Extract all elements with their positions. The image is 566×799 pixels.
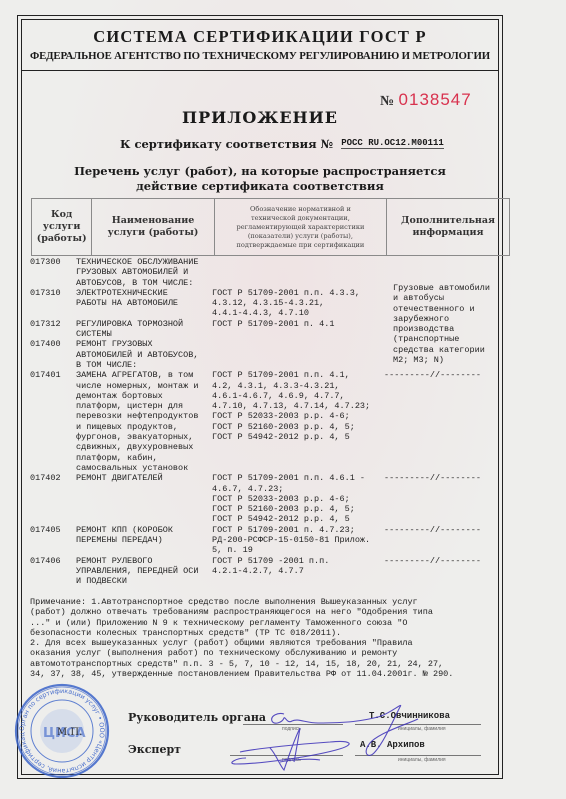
- note-line: 2. Для всех вышеуказанных услуг (работ) …: [30, 638, 500, 648]
- column-header-code: Кодуслуги(работы): [32, 199, 92, 256]
- service-code: 017402: [30, 473, 76, 524]
- list-title-line-2: действие сертификата соответствия: [22, 179, 498, 194]
- note-line: безопасности колесных транспортных средс…: [30, 628, 500, 638]
- notes: Примечание: 1.Автотранспортное средство …: [30, 597, 500, 679]
- service-name: РЕГУЛИРОВКА ТОРМОЗНОЙСИСТЕМЫ: [76, 319, 212, 340]
- column-header-line: Обозначение нормативной и: [217, 205, 384, 214]
- column-header-line: технической документации,: [217, 214, 384, 223]
- certificate-reference-label: К сертификату соответствия №: [120, 137, 333, 151]
- agency-name: ФЕДЕРАЛЬНОЕ АГЕНТСТВО ПО ТЕХНИЧЕСКОМУ РЕ…: [22, 50, 498, 62]
- note-line: Примечание: 1.Автотранспортное средство …: [30, 597, 500, 607]
- list-title-line-1: Перечень услуг (работ), на которые распр…: [22, 164, 498, 179]
- column-header-line: информация: [389, 227, 507, 239]
- service-name: РЕМОНТ ДВИГАТЕЛЕЙ: [76, 473, 212, 524]
- service-name: РЕМОНТ ГРУЗОВЫХАВТОМОБИЛЕЙ И АВТОБУСОВ,В…: [76, 339, 212, 370]
- service-name: ЭЛЕКТРОТЕХНИЧЕСКИЕРАБОТЫ НА АВТОМОБИЛЕ: [76, 288, 212, 319]
- stamp-place-label: М.П.: [57, 727, 82, 738]
- service-code: 017405: [30, 525, 76, 556]
- note-line: 34, 37, 38, 45, утвержденные постановлен…: [30, 669, 500, 679]
- table-row: 017401 ЗАМЕНА АГРЕГАТОВ, в томчисле номе…: [30, 370, 500, 473]
- service-info: ---------//--------: [384, 525, 502, 556]
- table-row: 017406 РЕМОНТ РУЛЕВОГОУПРАВЛЕНИЯ, ПЕРЕДН…: [30, 556, 500, 587]
- column-header-line: подтверждаемые при сертификации: [217, 241, 384, 250]
- header-divider: [22, 70, 498, 71]
- column-header-line: услуги (работы): [94, 227, 211, 239]
- column-header-info: Дополнительнаяинформация: [387, 199, 510, 256]
- column-header-line: Наименование: [94, 215, 211, 227]
- column-header-norms: Обозначение нормативной итехнической док…: [214, 199, 386, 256]
- shared-info-line: средства категории: [393, 345, 490, 355]
- certificate-number: РОСС RU.ОС12.М00111: [341, 138, 444, 149]
- list-title: Перечень услуг (работ), на которые распр…: [22, 164, 498, 194]
- form-number: № 0138547: [380, 90, 472, 110]
- certificate-reference: К сертификату соответствия № РОСС RU.ОС1…: [120, 137, 444, 152]
- table-row: 017405 РЕМОНТ КПП (КОРОБОКПЕРЕМЕНЫ ПЕРЕД…: [30, 525, 500, 556]
- service-code: 017400: [30, 339, 76, 370]
- service-code: 017310: [30, 288, 76, 319]
- note-line: автомототранспортных средств" п.п. 3 - 5…: [30, 659, 500, 669]
- service-name: ЗАМЕНА АГРЕГАТОВ, в томчисле номерных, м…: [76, 370, 212, 473]
- service-code: 017406: [30, 556, 76, 587]
- column-header-line: (работы): [34, 233, 89, 245]
- appendix-title: ПРИЛОЖЕНИЕ: [22, 108, 498, 127]
- note-line: (работ) должно отвечать требованиям расп…: [30, 607, 500, 617]
- service-info: ---------//--------: [384, 370, 502, 473]
- service-norms: ГОСТ Р 51709-2001 п.п. 4.3.3,4.3.12, 4.3…: [212, 288, 384, 319]
- system-title: СИСТЕМА СЕРТИФИКАЦИИ ГОСТ Р: [22, 27, 498, 47]
- form-number-value: 0138547: [399, 90, 472, 109]
- service-norms: [212, 257, 384, 288]
- column-header-line: Дополнительная: [389, 215, 507, 227]
- shared-info-line: отечественного и: [393, 304, 490, 314]
- column-header-line: (показатели) услуги (работы),: [217, 232, 384, 241]
- note-line: оказания услуг (выполнения работ) по тех…: [30, 648, 500, 658]
- shared-info-line: производства: [393, 324, 490, 334]
- service-code: 017312: [30, 319, 76, 340]
- service-norms: ГОСТ Р 51709 -2001 п.п.4.2.1-4.2.7, 4.7.…: [212, 556, 384, 587]
- service-code: 017401: [30, 370, 76, 473]
- service-norms: ГОСТ Р 51709-2001 п. 4.7.23;РД-200-РСФСР…: [212, 525, 384, 556]
- service-name: РЕМОНТ КПП (КОРОБОКПЕРЕМЕНЫ ПЕРЕДАЧ): [76, 525, 212, 556]
- column-header-name: Наименованиеуслуги (работы): [92, 199, 214, 256]
- service-info: ---------//--------: [384, 473, 502, 524]
- service-code: 017300: [30, 257, 76, 288]
- number-sign: №: [380, 94, 394, 109]
- service-name: ТЕХНИЧЕСКОЕ ОБСЛУЖИВАНИЕГРУЗОВЫХ АВТОМОБ…: [76, 257, 212, 288]
- service-norms: ГОСТ Р 51709-2001 п.п. 4.6.1 -4.6.7, 4.7…: [212, 473, 384, 524]
- service-norms: ГОСТ Р 51709-2001 п.п. 4.1,4.2, 4.3.1, 4…: [212, 370, 384, 473]
- shared-info-line: зарубежного: [393, 314, 490, 324]
- column-header-line: услуги: [34, 221, 89, 233]
- service-norms: ГОСТ Р 51709-2001 п. 4.1: [212, 319, 384, 340]
- shared-additional-info: Грузовые автомобилии автобусыотечественн…: [393, 283, 490, 365]
- table-header: Кодуслуги(работы) Наименованиеуслуги (ра…: [31, 198, 510, 256]
- note-line: ..." и (или) Приложению N 9 к техническо…: [30, 618, 500, 628]
- column-header-line: Код: [34, 209, 89, 221]
- service-norms: [212, 339, 384, 370]
- handwritten-signatures: [210, 700, 430, 780]
- shared-info-line: (транспортные: [393, 334, 490, 344]
- shared-info-line: и автобусы: [393, 293, 490, 303]
- expert-label: Эксперт: [128, 743, 181, 756]
- shared-info-line: М2; М3; N): [393, 355, 490, 365]
- service-info: ---------//--------: [384, 556, 502, 587]
- table-row: 017402 РЕМОНТ ДВИГАТЕЛЕЙ ГОСТ Р 51709-20…: [30, 473, 500, 524]
- service-name: РЕМОНТ РУЛЕВОГОУПРАВЛЕНИЯ, ПЕРЕДНЕЙ ОСИИ…: [76, 556, 212, 587]
- shared-info-line: Грузовые автомобили: [393, 283, 490, 293]
- column-header-line: регламентирующей характеристики: [217, 223, 384, 232]
